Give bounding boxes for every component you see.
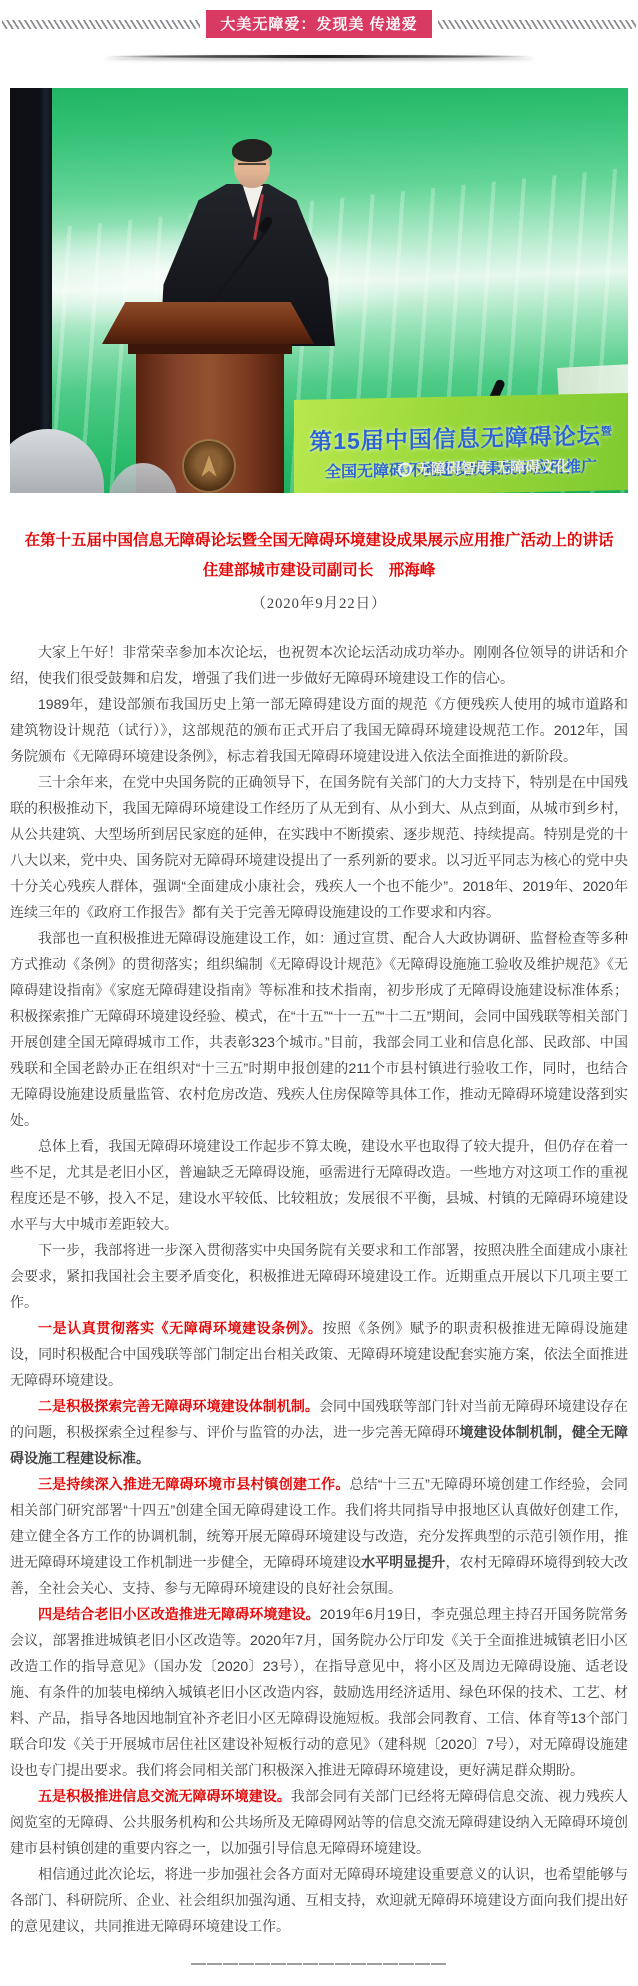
paragraph-text: 2019年6月19日，李克强总理主持召开国务院常务会议，部署推进城镇老旧小区改造… xyxy=(10,1606,628,1778)
page-title-line1: 在第十五届中国信息无障碍论坛暨全国无障碍环境建设成果展示应用推广活动上的讲话 xyxy=(16,526,622,556)
forum-banner-panel: 第15届中国信息无障碍论坛暨 全国无障碍环境建设成果展示应用推广 无障碍智库 无… xyxy=(294,393,628,493)
article-body: 大家上午好！非常荣幸参加本次论坛，也祝贺本次论坛活动成功举办。刚刚各位领导的讲话… xyxy=(10,639,628,1939)
banner-badge[interactable]: 大美无障爱：发现美 传递爱 xyxy=(206,10,431,38)
paragraph-text: 总体上看，我国无障碍环境建设工作起步不算太晚，建设水平也取得了较大提升，但仍存在… xyxy=(10,1138,628,1232)
paragraph-text: 水平明显提升 xyxy=(361,1554,445,1570)
paragraph-text: 大家上午好！非常荣幸参加本次论坛，也祝贺本次论坛活动成功举办。刚刚各位领导的讲话… xyxy=(10,644,628,686)
watermark-text: 无障碍智库 无障碍文化 xyxy=(416,455,570,479)
paragraph-text: 我部也一直积极推进无障碍设施建设工作，如：通过宣贯、配合人大政协调研、监督检查等… xyxy=(10,930,628,1128)
end-divider: ———————————————— xyxy=(0,1955,638,1972)
paragraph-text: 下一步，我部将进一步深入贯彻落实中央国务院有关要求和工作部署，按照决胜全面建成小… xyxy=(10,1242,628,1310)
hatch-pattern-left xyxy=(2,20,200,29)
article-paragraph: 一是认真贯彻落实《无障碍环境建设条例》。按照《条例》赋予的职责积极推进无障碍设施… xyxy=(10,1315,628,1393)
forum-banner-title-sup: 暨 xyxy=(601,426,613,438)
page-title-line2: 住建部城市建设司副司长 邢海峰 xyxy=(16,556,622,586)
podium-top xyxy=(102,302,314,344)
hatch-pattern-right xyxy=(438,20,636,29)
page-title: 在第十五届中国信息无障碍论坛暨全国无障碍环境建设成果展示应用推广活动上的讲话 住… xyxy=(16,526,622,586)
article-paragraph: 总体上看，我国无障碍环境建设工作起步不算太晚，建设水平也取得了较大提升，但仍存在… xyxy=(10,1133,628,1237)
article-paragraph: 1989年，建设部颁布我国历史上第一部无障碍建设方面的规范《方便残疾人使用的城市… xyxy=(10,691,628,769)
article-paragraph: 三十余年来，在党中央国务院的正确领导下，在国务院有关部门的大力支持下，特别是在中… xyxy=(10,769,628,925)
paragraph-lead: 三是持续深入推进无障碍环境市县村镇创建工作。 xyxy=(38,1476,350,1492)
paragraph-text: 相信通过此次论坛，将进一步加强社会各方面对无障碍环境建设重要意义的认识，也希望能… xyxy=(10,1866,628,1934)
article-paragraph: 大家上午好！非常荣幸参加本次论坛，也祝贺本次论坛活动成功举办。刚刚各位领导的讲话… xyxy=(10,639,628,691)
university-emblem-icon xyxy=(182,439,236,493)
paragraph-text: 三十余年来，在党中央国务院的正确领导下，在国务院有关部门的大力支持下，特别是在中… xyxy=(10,774,628,920)
paragraph-lead: 四是结合老旧小区改造推进无障碍环境建设。 xyxy=(38,1606,320,1622)
forum-banner-title: 第15届中国信息无障碍论坛暨 xyxy=(294,417,628,457)
watermark: 无障碍智库 无障碍文化 xyxy=(398,455,570,480)
speaker-head xyxy=(234,144,270,188)
article-paragraph: 相信通过此次论坛，将进一步加强社会各方面对无障碍环境建设重要意义的认识，也希望能… xyxy=(10,1861,628,1939)
article-paragraph: 我部也一直积极推进无障碍设施建设工作，如：通过宣贯、配合人大政协调研、监督检查等… xyxy=(10,925,628,1133)
header-divider xyxy=(104,55,534,58)
top-banner: 大美无障爱：发现美 传递爱 xyxy=(0,0,638,38)
article-paragraph: 三是持续深入推进无障碍环境市县村镇创建工作。总结“十三五”无障碍环境创建工作经验… xyxy=(10,1471,628,1601)
article-paragraph: 下一步，我部将进一步深入贯彻落实中央国务院有关要求和工作部署，按照决胜全面建成小… xyxy=(10,1237,628,1315)
paragraph-lead: 一是认真贯彻落实《无障碍环境建设条例》。 xyxy=(38,1320,323,1336)
article-photo[interactable]: 第15届中国信息无障碍论坛暨 全国无障碍环境建设成果展示应用推广 无障碍智库 无… xyxy=(10,88,628,493)
paragraph-text: 1989年，建设部颁布我国历史上第一部无障碍建设方面的规范《方便残疾人使用的城市… xyxy=(10,696,628,764)
article-date: （2020年9月22日） xyxy=(0,592,638,613)
paragraph-lead: 五是积极推进信息交流无障碍环境建设。 xyxy=(38,1788,291,1804)
article-paragraph: 四是结合老旧小区改造推进无障碍环境建设。2019年6月19日，李克强总理主持召开… xyxy=(10,1601,628,1783)
watermark-logo-icon xyxy=(398,462,412,476)
article-page: 大美无障爱：发现美 传递爱 第15届中国信息无障碍论坛暨 全国无障碍环境建设成果… xyxy=(0,0,638,1986)
article-paragraph: 二是积极探索完善无障碍环境建设体制机制。会同中国残联等部门针对当前无障碍环境建设… xyxy=(10,1393,628,1471)
article-paragraph: 五是积极推进信息交流无障碍环境建设。我部会同有关部门已经将无障碍信息交流、视力残… xyxy=(10,1783,628,1861)
paragraph-lead: 二是积极探索完善无障碍环境建设体制机制。 xyxy=(38,1398,319,1414)
